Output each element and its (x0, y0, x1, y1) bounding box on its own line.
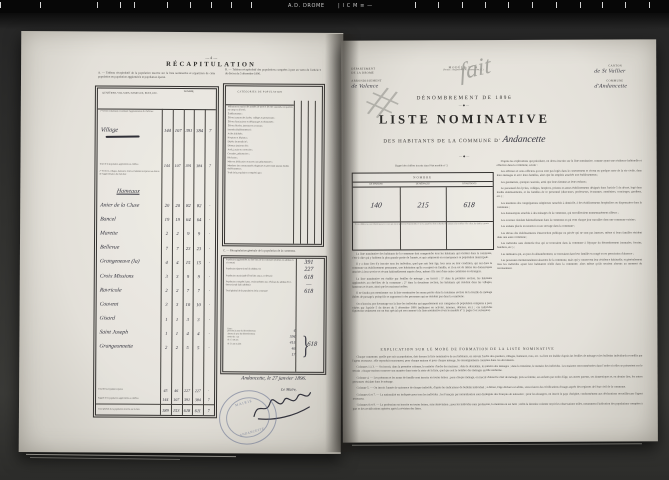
paragraph: Les officiers et sous-officiers qui ne s… (497, 170, 642, 178)
hamlets-header: Hameaux (97, 188, 160, 194)
canton-block: CANTON de St Vallier COMMUNE d'Andancett… (594, 63, 652, 91)
paragraph: Les enfants placés en nourrice ou en sev… (497, 225, 642, 230)
commune-name-handwritten: Andancette (502, 135, 546, 145)
table-b-header: CATÉGORIES DE POPULATION (226, 86, 294, 105)
right-page: DÉPARTEMENT DE LA DROME ARRONDISSEMENT d… (341, 39, 658, 442)
left-text-column: La liste nominative des habitants de la … (352, 252, 492, 317)
section-c-heading: C. — Récapitulation générale de la popul… (223, 249, 323, 253)
section-b-heading: B. — Tableau récapitulatif des populatio… (225, 68, 321, 76)
canton-handwritten: de St Vallier (594, 68, 626, 77)
hamlet-row: Croix Missions 3 3 9 9 · (97, 269, 215, 284)
hamlet-row: Ravricole 2 2 7 7 · (97, 283, 215, 298)
paragraph: Chaque commune, quelle que soit sa popul… (352, 354, 642, 363)
hamlet-name: Bellevue (97, 245, 162, 251)
paragraph: Colonnes 8 et 9. — La profession est ins… (353, 403, 643, 412)
paragraph: Les militaires qui, au jour du dénombrem… (497, 252, 642, 257)
right-text-column: D'après les explications qui précèdent, … (497, 159, 642, 273)
paragraph: Colonne 4. — Les prénoms et les noms de … (353, 375, 643, 384)
table-c-general-recap: Population agglomérée au chef-lieu de la… (222, 257, 325, 373)
hamlet-row: Saint Joseph 1 1 4 4 · (96, 326, 214, 341)
recall-caption: Rappel des chiffres inscrits dans l'état… (352, 164, 492, 168)
paragraph: Les ouvriers résidant habituellement dan… (497, 218, 642, 223)
hamlet-name: Grangeonnette (96, 344, 161, 350)
section1-note-row: 1° Section (chef-lieu) constituant l'agg… (98, 109, 216, 123)
hamlet-name: Gisard (96, 316, 161, 322)
houses-count: 140 (352, 200, 400, 209)
paragraph: Le personnel des lycées, collèges, hospi… (497, 187, 642, 199)
paragraph: Les domestiques attachés à des ménages d… (497, 212, 642, 217)
recap-row: Total général de la population de la com… (224, 287, 324, 295)
population-breakdown: Dont : présents le jour du dénombrementa… (227, 328, 319, 369)
paragraph: Les élèves des établissements d'instruct… (497, 231, 642, 239)
hamlet-row: Bellevue 7 7 23 23 · (97, 241, 215, 256)
section2-note-row: 2° Sections, villages, hameaux, écarts e… (97, 170, 215, 186)
ornament-rule: —◆— (351, 103, 577, 108)
recap-row: Population agglomérée au chef-lieu de la… (224, 258, 324, 266)
spacer (98, 137, 216, 160)
hamlet-name: Ravricole (96, 287, 161, 293)
paragraph: Il y a donc lieu d'y inscrire tous les i… (352, 262, 492, 274)
paragraph: Les gendarmes, quoique casernés, ainsi q… (497, 180, 642, 185)
subtitle: DES HABITANTS DE LA COMMUNE D' Andancett… (352, 135, 578, 146)
archive-label: A.D. DROME (288, 3, 325, 9)
paragraph: La liste nominative des habitants de la … (352, 252, 492, 260)
hamlets-header-row: Hameaux (97, 185, 215, 199)
ruler-tick-marks (0, 2, 1, 8)
hamlet-rows: Anier de la Cluse 20 20 82 82 · Bancel 1… (96, 198, 215, 355)
hamlet-name: Croix Missions (96, 273, 161, 279)
paragraph: Les membres des congrégations religieuse… (497, 201, 642, 209)
paragraph: Colonnes 1 à 3. — On inscrit, dans la pr… (353, 365, 643, 374)
explanation-heading: EXPLICATION SUR LE MODE DE FORMATION DE … (352, 347, 582, 352)
paragraph: On n'inscrira pas davantage sur la liste… (352, 302, 492, 314)
paragraph: Les individus sans domicile fixe qui se … (497, 242, 642, 250)
paragraph: Les personnes momentanément absentes de … (497, 259, 642, 271)
village-name: Village (97, 126, 162, 133)
page-stack-edge (352, 443, 642, 446)
recall-values: 140 215 618 (353, 187, 493, 222)
reel-label: | I C M ≡ — (338, 3, 373, 9)
category-row: Total de la population comptée à part (225, 172, 294, 176)
census-year-title: DÉNOMBREMENT DE 1896 (351, 95, 577, 102)
quarters-column-header: QUARTIERS, VILLAGES, HAMEAUX, RUES, ETC. (98, 88, 162, 108)
recap-rows: Population agglomérée au chef-lieu de la… (224, 258, 324, 295)
table-a-header: QUARTIERS, VILLAGES, HAMEAUX, RUES, ETC.… (98, 88, 216, 110)
flourish-underline (106, 135, 140, 137)
inhabitants-count: 618 (446, 200, 494, 209)
paragraph: Colonne 5. — On inscrit l'année de naiss… (353, 386, 643, 391)
hamlet-name: Bancel (97, 216, 162, 222)
page-stack-edge (30, 457, 180, 460)
hamlet-row: Grangeonnette 2 2 5 5 · (96, 340, 214, 355)
liste-nominative-title: LISTE NOMINATIVE (351, 112, 577, 128)
table-b-counted-apart: CATÉGORIES DE POPULATION Militaires et m… (224, 85, 323, 245)
commune-handwritten: d'Andancette (594, 83, 628, 92)
hamlet-row: Anier de la Cluse 20 20 82 82 · (97, 198, 215, 213)
table-a-population: QUARTIERS, VILLAGES, HAMEAUX, RUES, ETC.… (95, 87, 217, 416)
households-count: 215 (399, 200, 447, 209)
spacer (96, 354, 214, 386)
hamlet-name: Grangeneuve (la) (96, 259, 161, 265)
nombre-group-header: NOMBRE (162, 89, 216, 109)
paragraph: Il ne faudra pas mentionner sur la liste… (352, 291, 492, 299)
explanation-paragraphs: Chaque commune, quelle que soit sa popul… (352, 354, 642, 414)
hamlet-row: Bancel 19 19 64 64 · (97, 212, 215, 227)
hamlet-name: Anier de la Cluse (97, 202, 162, 208)
section-a-heading: A. — Tableau récapitulatif de la populat… (98, 71, 215, 79)
breakdown-values: 45944154617 (283, 329, 295, 358)
hamlet-name: Couvent (96, 301, 161, 307)
hamlet-row: Grangeneuve (la) 4 4 15 15 · (97, 255, 215, 270)
hamlet-row: Marette 2 2 9 9 · (97, 226, 215, 241)
recap-row: Population comptée à part, conformément … (224, 280, 324, 288)
book-gutter-shadow (325, 34, 359, 452)
recall-table: NOMBRE DE MAISONS DE MÉNAGES D'HABITANTS… (352, 172, 494, 251)
village-row: Village 144 107 391 384 7 (98, 122, 216, 138)
hamlet-name: Saint Joseph (96, 330, 161, 336)
nombre-header: NOMBRE (353, 173, 493, 180)
paragraph: Colonnes 6 et 7. — La nationalité est in… (353, 392, 643, 401)
hamlet-row: Couvent 3 3 10 10 · (97, 297, 215, 312)
pencil-fait-note: fait (458, 52, 492, 87)
film-shadow (0, 13, 669, 29)
paragraph: D'après les explications qui précèdent, … (497, 159, 642, 167)
recall-footnote: Si ces chiffres ne concordaient pas avec… (353, 221, 493, 227)
paragraph: La liste nominative est établie par feui… (352, 277, 492, 289)
handwritten-place-date: Andancette, le 27 janvier 1896. (241, 375, 307, 381)
grand-total-row: Total général de la population inscrite … (96, 403, 214, 415)
microfilm-ruler-bar: A.D. DROME | I C M ≡ — (0, 0, 669, 13)
breakdown-total: 618 (307, 341, 318, 348)
left-page: — 4 — RÉCAPITULATION A. — Tableau récapi… (19, 31, 344, 454)
total-agglomerated-row: Total de la population agglomérée en chi… (97, 160, 215, 171)
hamlet-row: Gisard 1 1 3 3 · (96, 311, 214, 326)
hamlet-name: Marette (97, 230, 162, 236)
